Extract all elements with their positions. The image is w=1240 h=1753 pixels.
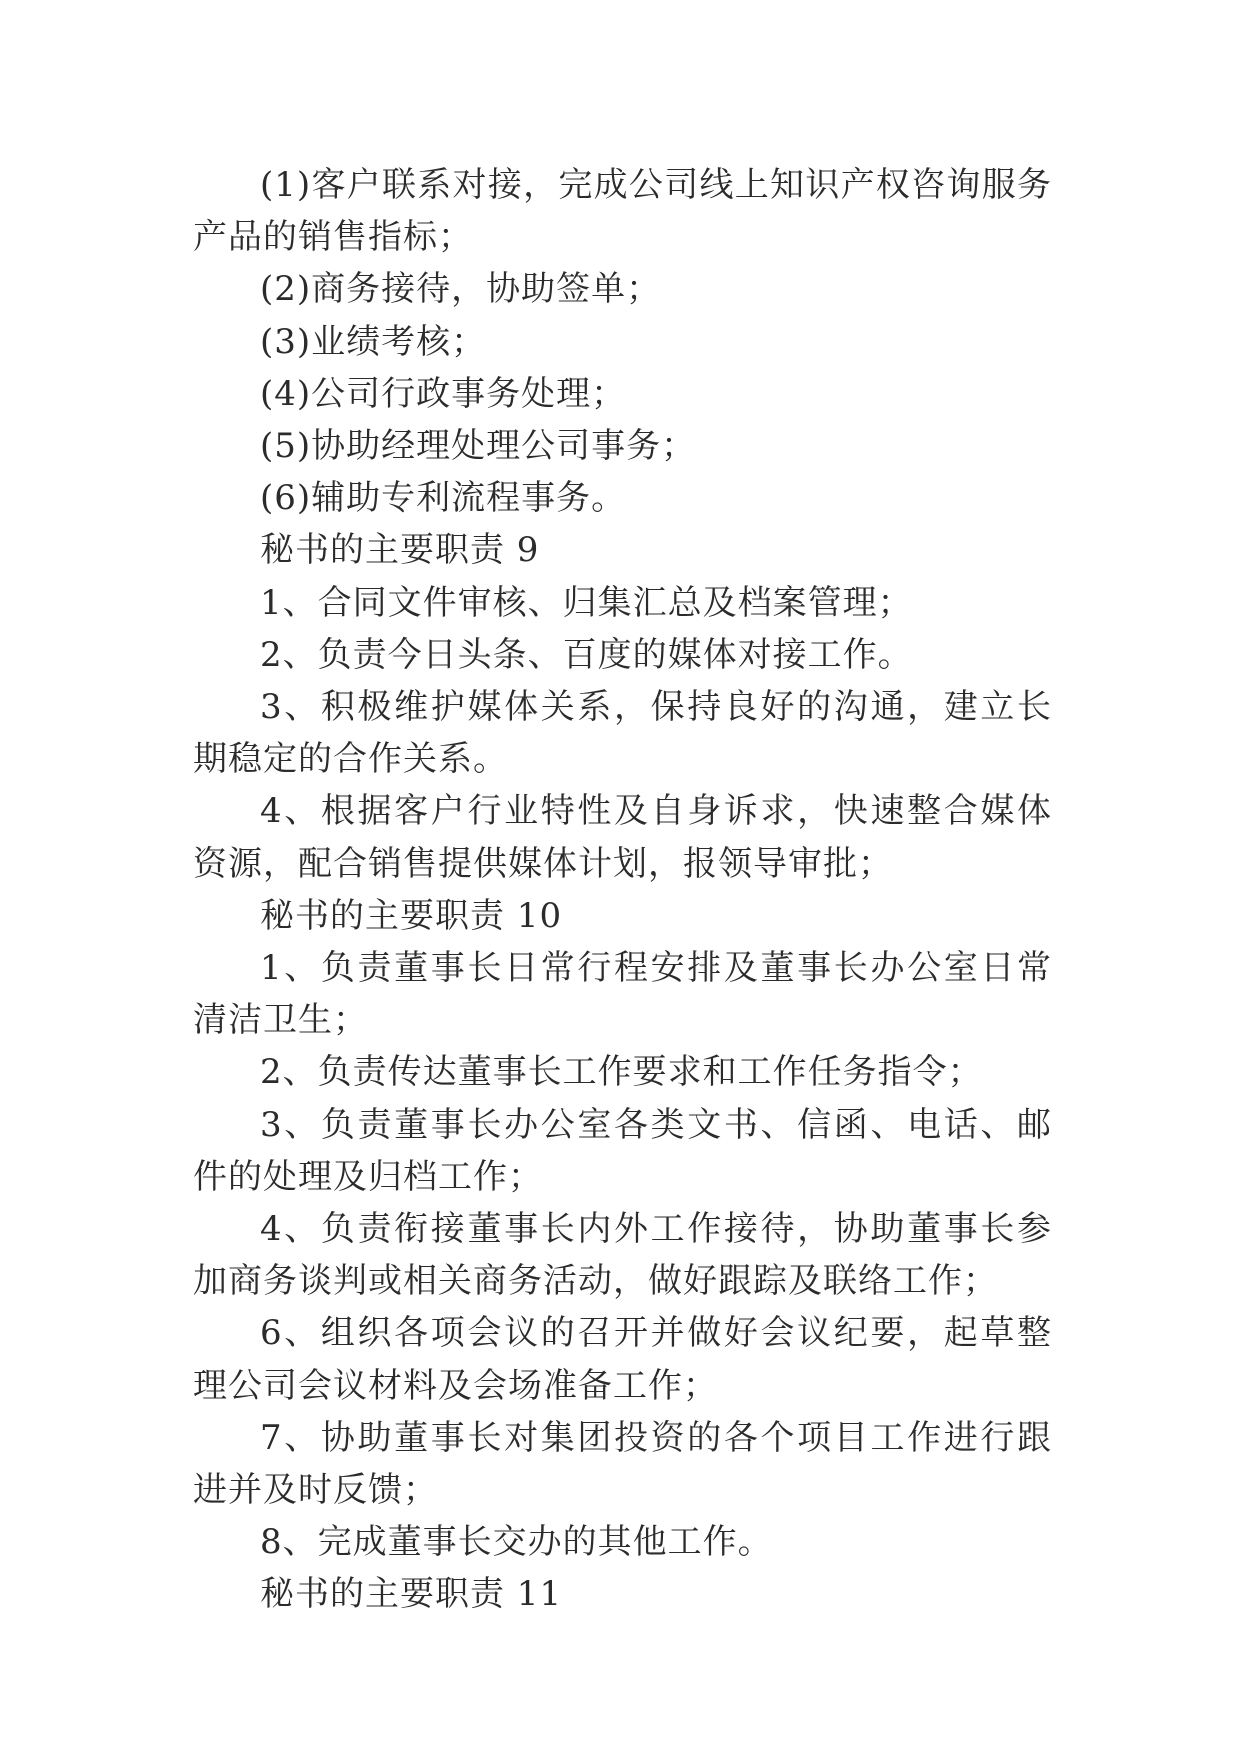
list-item: (6)辅助专利流程事务。 [193,472,1052,524]
list-item: (3)业绩考核； [193,316,1052,368]
list-item: (5)协助经理处理公司事务； [193,420,1052,472]
section-heading: 秘书的主要职责 9 [193,524,1052,576]
list-item: 6、组织各项会议的召开并做好会议纪要，起草整理公司会议材料及会场准备工作； [193,1307,1052,1411]
list-item: 4、根据客户行业特性及自身诉求，快速整合媒体资源，配合销售提供媒体计划，报领导审… [193,785,1052,889]
list-item: 2、负责今日头条、百度的媒体对接工作。 [193,629,1052,681]
list-item: 8、完成董事长交办的其他工作。 [193,1516,1052,1568]
list-item: (4)公司行政事务处理； [193,368,1052,420]
list-item: 1、负责董事长日常行程安排及董事长办公室日常清洁卫生； [193,942,1052,1046]
section-heading: 秘书的主要职责 10 [193,890,1052,942]
document-page: (1)客户联系对接，完成公司线上知识产权咨询服务产品的销售指标； (2)商务接待… [0,0,1240,1753]
list-item: 4、负责衔接董事长内外工作接待，协助董事长参加商务谈判或相关商务活动，做好跟踪及… [193,1203,1052,1307]
document-content: (1)客户联系对接，完成公司线上知识产权咨询服务产品的销售指标； (2)商务接待… [0,0,1240,1621]
list-item: 3、负责董事长办公室各类文书、信函、电话、邮件的处理及归档工作； [193,1099,1052,1203]
list-item: 2、负责传达董事长工作要求和工作任务指令； [193,1046,1052,1098]
list-item: 1、合同文件审核、归集汇总及档案管理； [193,577,1052,629]
list-item: 7、协助董事长对集团投资的各个项目工作进行跟进并及时反馈； [193,1412,1052,1516]
section-heading: 秘书的主要职责 11 [193,1568,1052,1620]
list-item: (1)客户联系对接，完成公司线上知识产权咨询服务产品的销售指标； [193,159,1052,263]
list-item: 3、积极维护媒体关系，保持良好的沟通，建立长期稳定的合作关系。 [193,681,1052,785]
list-item: (2)商务接待，协助签单； [193,263,1052,315]
